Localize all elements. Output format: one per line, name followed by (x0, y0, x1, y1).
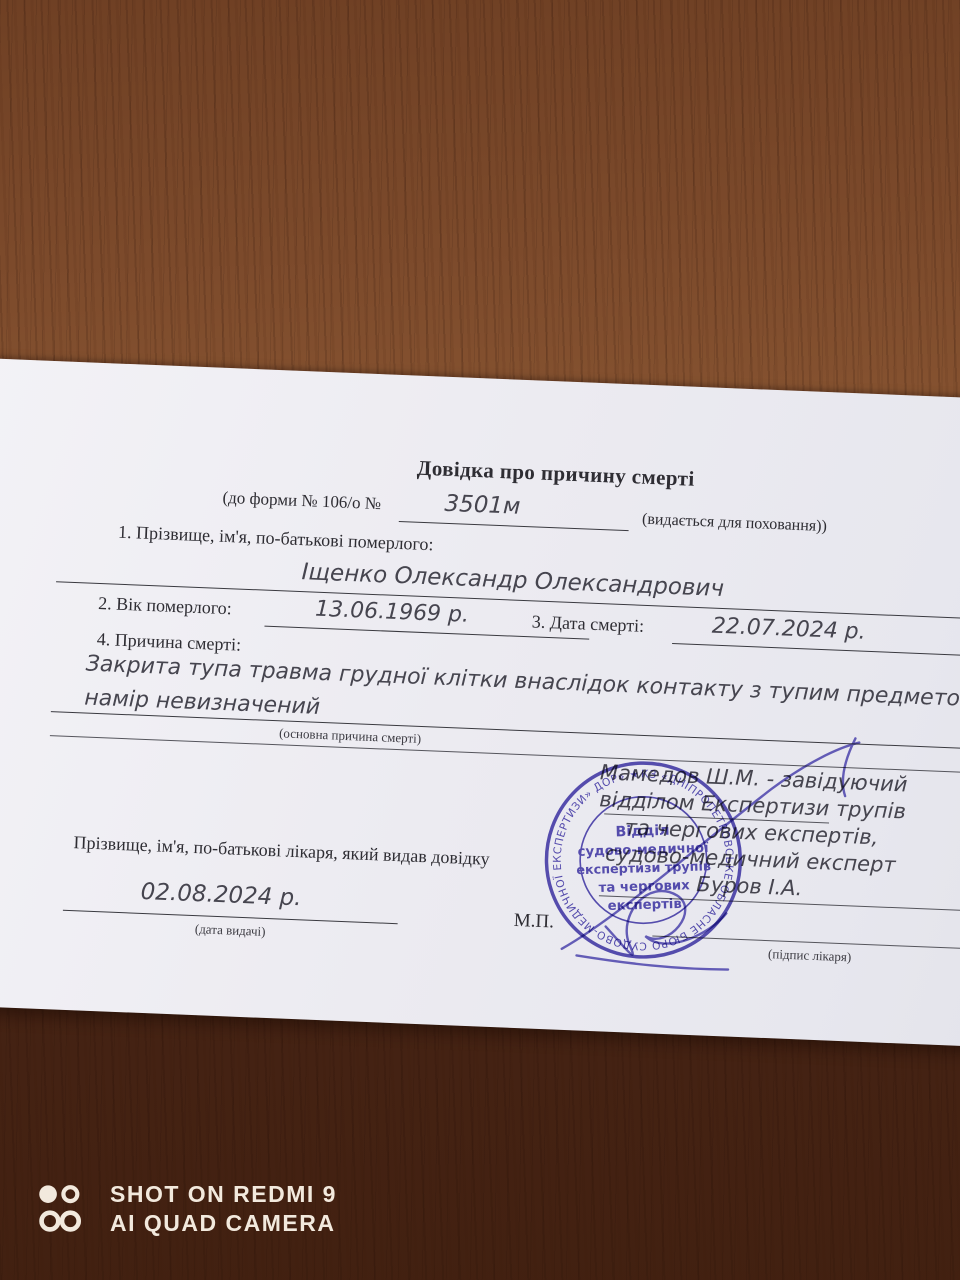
age-label: 2. Вік померлого: (98, 593, 232, 619)
camera-watermark: SHOT ON REDMI 9 AI QUAD CAMERA (36, 1182, 337, 1237)
form-number-value: 3501м (444, 491, 521, 520)
watermark-line-1: SHOT ON REDMI 9 (110, 1182, 337, 1207)
redmi-quad-camera-icon (36, 1183, 88, 1235)
watermark-text: SHOT ON REDMI 9 AI QUAD CAMERA (110, 1182, 337, 1237)
death-certificate-paper: Довідка про причину смерті (до форми № 1… (0, 358, 960, 1050)
form-ref-suffix: (видається для поховання)) (642, 511, 828, 536)
cause-line-1 (51, 711, 960, 750)
stamp-center-line: Відділ (615, 823, 670, 841)
doctor-signature-caption: (підпис лікаря) (724, 944, 895, 967)
age-value: 13.06.1969 р. (315, 597, 470, 628)
issue-date-caption: (дата видачі) (155, 919, 306, 941)
stamp-center-line: та чергових (598, 878, 690, 896)
stamp-center-line: експертизи трупів (576, 859, 711, 878)
issue-date-value: 02.08.2024 р. (140, 879, 302, 911)
death-date-line (672, 643, 960, 657)
death-date-label: 3. Дата смерті: (531, 611, 644, 636)
stamp-center-line: експертів (607, 897, 681, 914)
death-date-value: 22.07.2024 р. (711, 614, 866, 645)
deceased-name-label: 1. Прізвище, ім'я, по-батькові померлого… (118, 522, 434, 556)
deceased-name-value: Іщенко Олександр Олександрович (301, 559, 724, 602)
document-title: Довідка про причину смерті (276, 450, 837, 497)
forensic-bureau-round-stamp: КЗ «ДНІПРОПЕТРОВСЬКЕ ОБЛАСНЕ БЮРО СУДОВО… (538, 755, 748, 965)
cause-label: 4. Причина смерті: (96, 629, 241, 656)
watermark-line-2: AI QUAD CAMERA (110, 1211, 337, 1236)
form-ref-prefix: (до форми № 106/о № (222, 488, 381, 514)
stamp-center-line: судово-медичної (577, 841, 709, 860)
doctor-label: Прізвище, ім'я, по-батькові лікаря, який… (73, 832, 613, 875)
form-number-line (399, 521, 629, 531)
